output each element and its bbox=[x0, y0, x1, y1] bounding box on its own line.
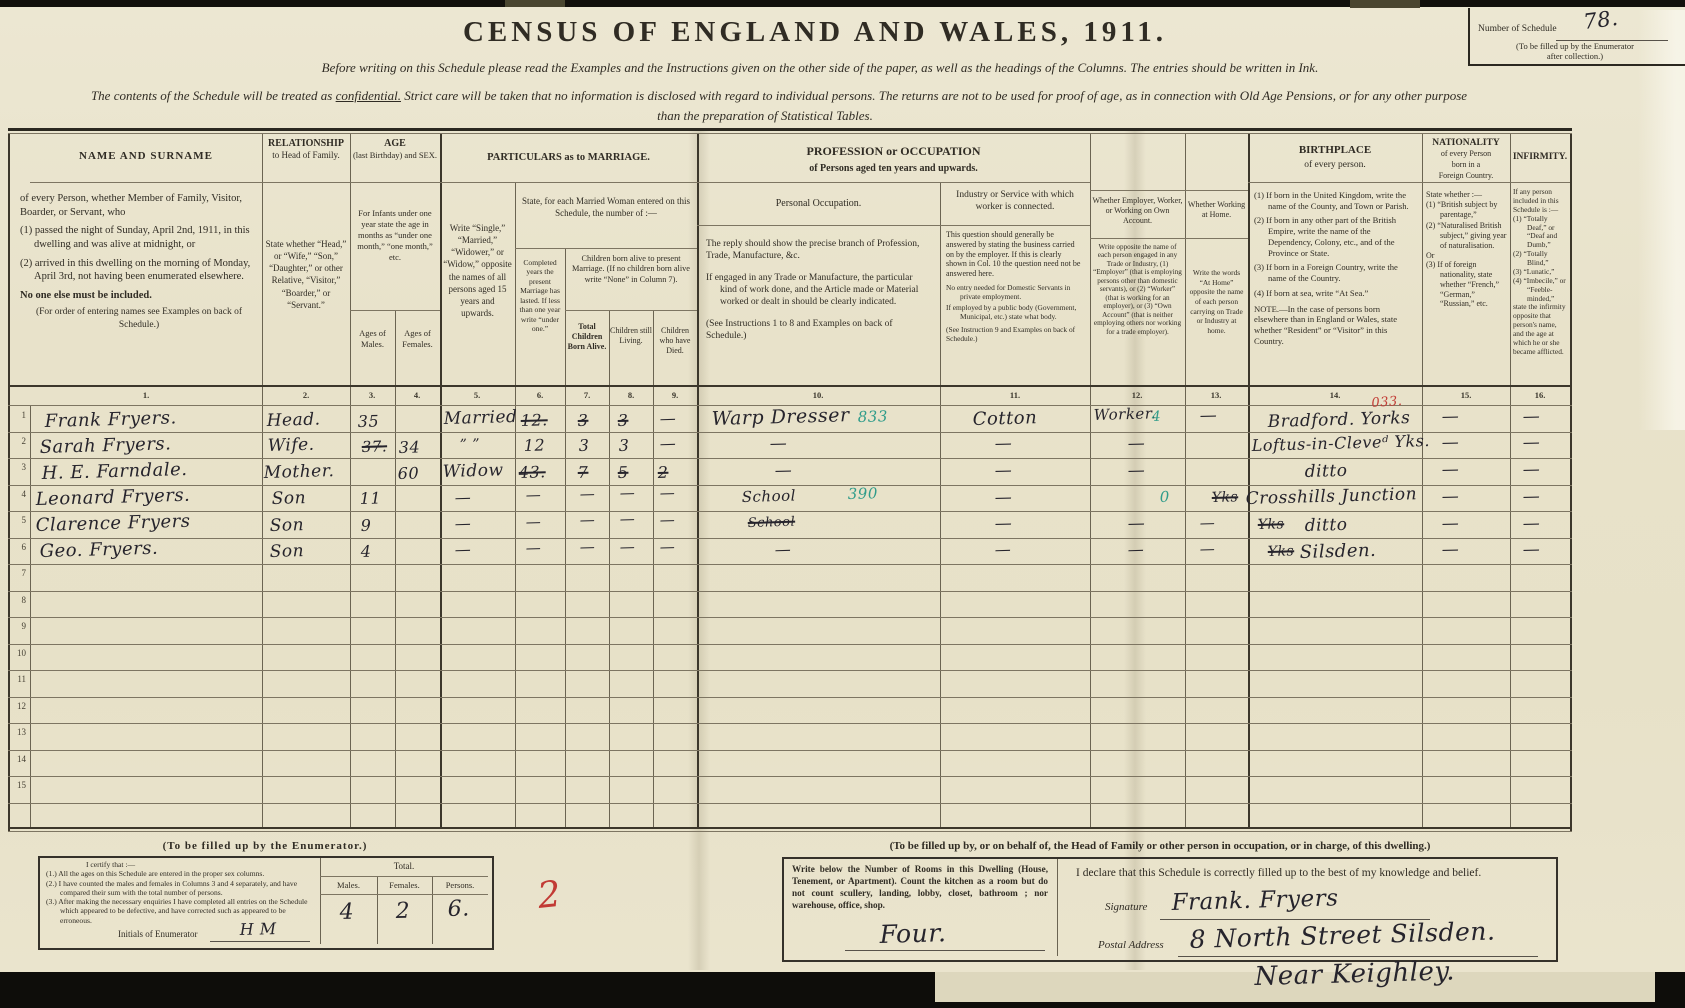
col15-title-text: NATIONALITY bbox=[1432, 138, 1499, 148]
entry-nationality: — bbox=[1441, 460, 1459, 480]
col16-item4: (4) “Imbecile,” or “Feeble-minded,” bbox=[1513, 277, 1568, 304]
col7-number: 7. bbox=[567, 390, 607, 400]
col15-item1: (1) “British subject by parentage,” bbox=[1426, 200, 1507, 220]
certify-text: I certify that :— (1.) All the ages on t… bbox=[46, 860, 316, 925]
row-line bbox=[8, 776, 1572, 777]
entry-children-born: — bbox=[579, 538, 595, 556]
col1-note2: (For order of entering names see Example… bbox=[20, 306, 258, 331]
entry-industry: — bbox=[994, 540, 1011, 559]
col15-sub1: of every Person bbox=[1441, 149, 1491, 158]
census-schedule-scan: CENSUS OF ENGLAND AND WALES, 1911. Befor… bbox=[0, 0, 1685, 1008]
entry-occupation: School bbox=[741, 486, 796, 506]
occupation-code: 833 bbox=[857, 407, 888, 426]
entry-birthplace: ditto bbox=[1304, 461, 1347, 482]
col16-title: INFIRMITY. bbox=[1510, 152, 1570, 162]
entry-years-married: 43. bbox=[518, 462, 545, 482]
row-line bbox=[8, 670, 1572, 671]
confidential-line: The contents of the Schedule will be tre… bbox=[14, 88, 1544, 104]
age-instructions: For Infants under one year state the age… bbox=[352, 208, 438, 263]
head-section-heading: (To be filled up by, or on behalf of, th… bbox=[760, 840, 1560, 852]
grid-line bbox=[8, 385, 1572, 387]
col14-item4: (4) If born at sea, write “At Sea.” bbox=[1254, 288, 1416, 299]
row-line bbox=[8, 803, 1572, 804]
col6-number: 6. bbox=[520, 390, 560, 400]
col12-title: Whether Employer, Worker, or Working on … bbox=[1092, 196, 1183, 226]
grid-line bbox=[30, 405, 31, 827]
females-total: 2 bbox=[395, 899, 410, 924]
entry-marriage: Widow bbox=[442, 460, 503, 482]
schedule-number-value: 78. bbox=[1582, 6, 1620, 34]
certify-intro: I certify that :— bbox=[46, 860, 316, 869]
col11-number: 11. bbox=[995, 390, 1035, 400]
red-annotation-count: 2 bbox=[536, 874, 564, 917]
enumerator-heading: (To be filled up by the Enumerator.) bbox=[40, 840, 490, 852]
col16-note: state the infirmity opposite that person… bbox=[1513, 303, 1568, 356]
row-number: 7 bbox=[8, 568, 26, 578]
certify-2: (2.) I have counted the males and female… bbox=[46, 879, 316, 898]
birthplace-prefix: Yks bbox=[1212, 489, 1239, 506]
initials-line bbox=[210, 941, 310, 942]
entry-occupation: — bbox=[774, 461, 792, 481]
entry-years-married: — bbox=[525, 486, 541, 504]
address-value-line2: Near Keighley. bbox=[1254, 956, 1455, 992]
col16-item1: (1) “Totally Deaf,” or “Deaf and Dumb,” bbox=[1513, 215, 1568, 251]
birthplace-prefix: Yks bbox=[1258, 516, 1285, 533]
ages-females-header: Ages of Females. bbox=[396, 328, 439, 349]
entry-children-born: 3 bbox=[578, 436, 589, 455]
col11-body3: If employed by a public body (Government… bbox=[946, 303, 1084, 321]
entry-age-female: 60 bbox=[397, 463, 419, 483]
col14-item1: (1) If born in the United Kingdom, write… bbox=[1254, 190, 1416, 211]
scan-edge-mark bbox=[505, 0, 565, 7]
profession-title2: of Persons aged ten years and upwards. bbox=[809, 163, 978, 174]
ages-males-header: Ages of Males. bbox=[351, 328, 394, 349]
row-number: 6 bbox=[8, 542, 26, 552]
employment-code: 4 bbox=[1152, 409, 1162, 425]
occupation-code: 390 bbox=[847, 484, 878, 503]
entry-nationality: — bbox=[1441, 487, 1459, 507]
col14-instructions: (1) If born in the United Kingdom, write… bbox=[1254, 190, 1416, 347]
col15-sub2: born in a bbox=[1452, 160, 1480, 169]
col10-body1: The reply should show the precise branch… bbox=[706, 238, 930, 263]
col2-title: RELATIONSHIP to Head of Family. bbox=[262, 138, 350, 161]
col15-or: Or bbox=[1426, 251, 1507, 261]
entry-name: Frank Fryers. bbox=[44, 407, 177, 432]
rooms-value: Four. bbox=[879, 918, 947, 949]
row-line bbox=[8, 750, 1572, 751]
col1-instructions: of every Person, whether Member of Famil… bbox=[20, 192, 258, 331]
col9-header: Children who have Died. bbox=[654, 326, 696, 356]
entry-infirmity: — bbox=[1522, 487, 1540, 507]
entry-nationality: — bbox=[1441, 407, 1459, 427]
row-line bbox=[8, 723, 1572, 724]
entry-birthplace: Silsden. bbox=[1299, 540, 1376, 563]
confidential-word: confidential. bbox=[336, 88, 401, 103]
instruction-line: Before writing on this Schedule please r… bbox=[180, 60, 1460, 76]
col14-subtitle: of every person. bbox=[1304, 160, 1365, 170]
entry-industry: — bbox=[994, 488, 1012, 508]
entry-age-female: 34 bbox=[398, 437, 420, 457]
col6-instructions: Completed years the present Marriage has… bbox=[517, 258, 563, 334]
entry-infirmity: — bbox=[1522, 407, 1540, 427]
entry-industry: — bbox=[994, 434, 1012, 454]
persons-total: 6. bbox=[447, 896, 470, 922]
entry-name: Geo. Fryers. bbox=[39, 538, 158, 562]
schedule-note-1: (To be filled up by the Enumerator bbox=[1516, 41, 1634, 51]
entry-marriage: Married bbox=[443, 407, 517, 429]
age-title: AGE (last Birthday) and SEX. bbox=[350, 138, 440, 161]
col11-body4: (See Instruction 9 and Examples on back … bbox=[946, 325, 1084, 343]
entry-children-living: 5 bbox=[617, 463, 628, 482]
row-number: 5 bbox=[8, 515, 26, 525]
females-label: Females. bbox=[377, 880, 432, 890]
row-number: 2 bbox=[8, 436, 26, 446]
children-subheader: Children born alive to present Marriage.… bbox=[567, 254, 695, 285]
entry-age-male: 9 bbox=[360, 516, 371, 535]
col16-number: 16. bbox=[1520, 390, 1560, 400]
col11-title: Industry or Service with which worker is… bbox=[944, 190, 1086, 214]
row-number: 15 bbox=[8, 780, 26, 790]
col14-item3: (3) If born in a Foreign Country, write … bbox=[1254, 262, 1416, 283]
entry-at-home: — bbox=[1199, 540, 1215, 558]
entry-age-male: 4 bbox=[360, 542, 371, 561]
entry-years-married: 12. bbox=[520, 410, 547, 430]
entry-nationality: — bbox=[1441, 540, 1459, 560]
grid-line bbox=[565, 310, 697, 311]
col12-instructions: Write opposite the name of each person e… bbox=[1093, 243, 1182, 336]
totals-label: Total. bbox=[320, 861, 488, 871]
col15-item3: (3) If of foreign nationality, state whe… bbox=[1426, 260, 1507, 309]
entry-age-male-struck: 37. bbox=[361, 437, 387, 456]
entry-years-married: 12 bbox=[523, 435, 545, 455]
entry-children-died: 2 bbox=[657, 463, 668, 482]
grid-line bbox=[1570, 134, 1572, 831]
col2-number: 2. bbox=[286, 390, 326, 400]
age-subtitle: (last Birthday) and SEX. bbox=[353, 150, 437, 160]
confidential-line2: than the preparation of Statistical Tabl… bbox=[300, 108, 1230, 124]
row-number: 8 bbox=[8, 595, 26, 605]
males-total: 4 bbox=[339, 900, 354, 925]
col4-number: 4. bbox=[397, 390, 437, 400]
col10-body2: If engaged in any Trade or Manufacture, … bbox=[706, 272, 930, 309]
entry-years-married: — bbox=[525, 539, 541, 557]
col1-note1: No one else must be included. bbox=[20, 289, 258, 303]
col5-number: 5. bbox=[457, 390, 497, 400]
col15-item0: State whether :— bbox=[1426, 190, 1507, 200]
col10-body3: (See Instructions 1 to 8 and Examples on… bbox=[706, 318, 930, 343]
entry-infirmity: — bbox=[1522, 514, 1540, 534]
entry-children-living: 3 bbox=[617, 411, 628, 430]
entry-infirmity: — bbox=[1522, 540, 1540, 560]
col13-instructions: Write the words “At Home” opposite the n… bbox=[1187, 268, 1246, 335]
entry-birthplace: Bradford. Yorks bbox=[1267, 408, 1410, 432]
col9-number: 9. bbox=[655, 390, 695, 400]
col11-body2: No entry needed for Domestic Servants in… bbox=[946, 283, 1084, 301]
grid-line bbox=[940, 182, 941, 827]
signature-label: Signature bbox=[1105, 901, 1147, 913]
entry-marriage-ditto: ” ” bbox=[460, 436, 481, 453]
entry-years-married: — bbox=[525, 513, 541, 531]
entry-occupation: — bbox=[774, 540, 791, 559]
col1-intro: of every Person, whether Member of Famil… bbox=[20, 192, 258, 219]
entry-age-male: 35 bbox=[357, 411, 379, 431]
entry-birthplace: ditto bbox=[1304, 515, 1347, 536]
row-number: 1 bbox=[8, 410, 26, 420]
entry-at-home: — bbox=[1199, 514, 1215, 532]
males-label: Males. bbox=[320, 880, 377, 890]
row-number: 13 bbox=[8, 727, 26, 737]
col8-header: Children still Living. bbox=[610, 326, 652, 346]
entry-children-living: — bbox=[619, 538, 635, 556]
schedule-note-2: after collection.) bbox=[1547, 51, 1603, 61]
entry-nationality: — bbox=[1441, 514, 1459, 534]
birthplace-code: 033. bbox=[1371, 394, 1403, 411]
entry-marriage: — bbox=[454, 540, 471, 559]
address-line bbox=[1178, 956, 1538, 957]
col1-item2: (2) arrived in this dwelling on the morn… bbox=[20, 257, 258, 284]
scan-top-edge bbox=[0, 0, 1685, 7]
birthplace-prefix: Yks bbox=[1268, 543, 1295, 560]
row-line bbox=[8, 697, 1572, 698]
entry-marriage: — bbox=[454, 514, 471, 533]
initials-label: Initials of Enumerator bbox=[118, 929, 197, 939]
row-number: 4 bbox=[8, 489, 26, 499]
col11-instructions: This question should generally be answer… bbox=[946, 230, 1084, 343]
table-bottom-rule bbox=[8, 827, 1572, 829]
row-number: 14 bbox=[8, 754, 26, 764]
entry-employment-status: — bbox=[1127, 434, 1145, 454]
entry-infirmity: — bbox=[1522, 460, 1540, 480]
entry-name: H. E. Farndale. bbox=[41, 459, 187, 484]
col16-item0: If any person included in this Schedule … bbox=[1513, 188, 1568, 215]
declaration-text: I declare that this Schedule is correctl… bbox=[1076, 867, 1546, 879]
row-number: 12 bbox=[8, 701, 26, 711]
entry-children-living: — bbox=[619, 484, 635, 502]
row-line bbox=[8, 511, 1572, 512]
signature-value: Frank. Fryers bbox=[1171, 885, 1339, 916]
col12-number: 12. bbox=[1117, 390, 1157, 400]
profession-title1: PROFESSION or OCCUPATION bbox=[806, 144, 980, 158]
entry-children-living: — bbox=[619, 510, 635, 528]
entry-relationship: Son bbox=[271, 488, 306, 509]
marriage-group-title: PARTICULARS as to MARRIAGE. bbox=[440, 152, 697, 163]
entry-relationship: Mother. bbox=[263, 461, 334, 483]
entry-children-living: 3 bbox=[618, 436, 629, 455]
entry-relationship: Wife. bbox=[267, 435, 314, 456]
scan-edge-mark bbox=[1350, 0, 1420, 8]
employment-code: 0 bbox=[1159, 488, 1170, 506]
page-title: CENSUS OF ENGLAND AND WALES, 1911. bbox=[300, 16, 1330, 49]
row-number: 11 bbox=[8, 674, 26, 684]
col14-item2: (2) If born in any other part of the Bri… bbox=[1254, 215, 1416, 258]
row-line bbox=[8, 458, 1572, 459]
schedule-number-label: Number of Schedule bbox=[1478, 24, 1557, 34]
row-line bbox=[8, 564, 1572, 565]
col15-instructions: State whether :— (1) “British subject by… bbox=[1426, 190, 1507, 309]
rooms-line bbox=[845, 950, 1045, 951]
col10-instructions: The reply should show the precise branch… bbox=[706, 238, 930, 342]
col10-number: 10. bbox=[798, 390, 838, 400]
col2-instructions: State whether “Head,” or “Wife,” “Son,” … bbox=[264, 238, 348, 311]
grid-line bbox=[30, 182, 1090, 183]
entry-relationship: Head. bbox=[266, 410, 320, 431]
row-number: 10 bbox=[8, 648, 26, 658]
grid-line bbox=[515, 182, 516, 827]
grid-line bbox=[697, 225, 1090, 226]
col10-title: Personal Occupation. bbox=[697, 198, 940, 209]
address-label: Postal Address bbox=[1098, 939, 1164, 951]
table-top-rule bbox=[8, 128, 1572, 131]
entry-at-home: — bbox=[1199, 406, 1217, 426]
entry-occupation: School bbox=[748, 515, 796, 531]
row-number: 3 bbox=[8, 462, 26, 472]
grid-line bbox=[1248, 182, 1570, 183]
entry-relationship: Son bbox=[269, 515, 304, 536]
col15-number: 15. bbox=[1446, 390, 1486, 400]
col16-item2: (2) “Totally Blind,” bbox=[1513, 250, 1568, 268]
col3-number: 3. bbox=[352, 390, 392, 400]
entry-children-died: — bbox=[659, 511, 675, 529]
certify-1: (1.) All the ages on this Schedule are e… bbox=[46, 869, 316, 878]
col15-title: NATIONALITY of every Person born in a Fo… bbox=[1422, 138, 1510, 182]
col1-number: 1. bbox=[96, 390, 196, 400]
col14-number: 14. bbox=[1315, 390, 1355, 400]
entry-occupation: Warp Dresser bbox=[711, 404, 849, 430]
col16-instructions: If any person included in this Schedule … bbox=[1513, 188, 1568, 357]
col11-body1: This question should generally be answer… bbox=[946, 230, 1084, 279]
entry-nationality: — bbox=[1441, 433, 1459, 453]
col14-title: BIRTHPLACE of every person. bbox=[1248, 144, 1422, 172]
marriage-subheader: State, for each Married Woman entered on… bbox=[518, 196, 694, 219]
entry-children-died: — bbox=[659, 409, 676, 428]
entry-name: Clarence Fryers bbox=[35, 511, 190, 536]
col13-title: Whether Working at Home. bbox=[1186, 200, 1247, 220]
entry-children-died: — bbox=[659, 538, 675, 556]
profession-group-title: PROFESSION or OCCUPATION of Persons aged… bbox=[697, 144, 1090, 175]
entry-employment-status: — bbox=[1127, 461, 1145, 481]
entry-children-born: 7 bbox=[577, 463, 588, 482]
entry-children-born: — bbox=[579, 511, 595, 529]
col1-title: NAME AND SURNAME bbox=[30, 150, 262, 162]
col15-item2: (2) “Naturalised British subject,” givin… bbox=[1426, 221, 1507, 250]
col7-header: Total Children Born Alive. bbox=[566, 322, 608, 352]
schedule-number-note: (To be filled up by the Enumerator after… bbox=[1470, 42, 1680, 62]
col5-instructions: Write “Single,” “Married,” “Widower,” or… bbox=[443, 222, 512, 319]
entry-infirmity: — bbox=[1522, 433, 1540, 453]
grid-line bbox=[515, 248, 697, 249]
head-box-divider bbox=[1057, 859, 1058, 956]
entry-industry: — bbox=[994, 461, 1012, 481]
entry-employment-status: — bbox=[1127, 540, 1144, 559]
entry-children-born: 3 bbox=[577, 411, 588, 430]
entry-marriage: — bbox=[454, 488, 471, 507]
entry-relationship: Son bbox=[269, 541, 304, 562]
table-top-rule2 bbox=[8, 133, 1572, 134]
rooms-instructions: Write below the Number of Rooms in this … bbox=[792, 864, 1048, 912]
row-number: 9 bbox=[8, 621, 26, 631]
grid-line bbox=[350, 310, 440, 311]
entry-name: Leonard Fryers. bbox=[35, 485, 190, 510]
entry-children-born: — bbox=[579, 485, 595, 503]
paper-wrinkle-highlight bbox=[1638, 10, 1685, 430]
confidential-rest: Strict care will be taken that no inform… bbox=[401, 88, 1467, 103]
row-line bbox=[8, 591, 1572, 592]
col14-note: NOTE.—In the case of persons born elsewh… bbox=[1254, 304, 1416, 347]
col13-number: 13. bbox=[1196, 390, 1236, 400]
confidential-prefix: The contents of the Schedule will be tre… bbox=[91, 88, 336, 103]
entry-employment-status: — bbox=[1127, 514, 1145, 534]
entry-name: Sarah Fryers. bbox=[39, 433, 171, 458]
col15-sub3: Foreign Country. bbox=[1439, 171, 1494, 180]
totals-line bbox=[320, 894, 488, 895]
row-line bbox=[8, 617, 1572, 618]
persons-label: Persons. bbox=[432, 880, 488, 890]
col2-title-text: RELATIONSHIP bbox=[268, 138, 344, 149]
table-bottom-rule2 bbox=[8, 831, 1572, 832]
col8-number: 8. bbox=[611, 390, 651, 400]
totals-line bbox=[320, 876, 488, 877]
entry-industry: Cotton bbox=[972, 407, 1037, 430]
row-line bbox=[8, 644, 1572, 645]
entry-age-male: 11 bbox=[359, 488, 381, 508]
entry-occupation: — bbox=[769, 434, 787, 454]
grid-line bbox=[1090, 190, 1248, 191]
col1-item1: (1) passed the night of Sunday, April 2n… bbox=[20, 224, 258, 251]
entry-children-died: — bbox=[659, 484, 675, 502]
col2-subtitle: to Head of Family. bbox=[272, 150, 339, 160]
grid-line bbox=[1090, 238, 1248, 239]
entry-industry: — bbox=[994, 514, 1012, 534]
initials-value: H M bbox=[239, 919, 276, 939]
entry-employment-status: Worker. bbox=[1093, 404, 1156, 424]
col14-title-text: BIRTHPLACE bbox=[1299, 144, 1371, 156]
entry-children-died: — bbox=[659, 434, 676, 453]
age-title-text: AGE bbox=[384, 138, 406, 149]
